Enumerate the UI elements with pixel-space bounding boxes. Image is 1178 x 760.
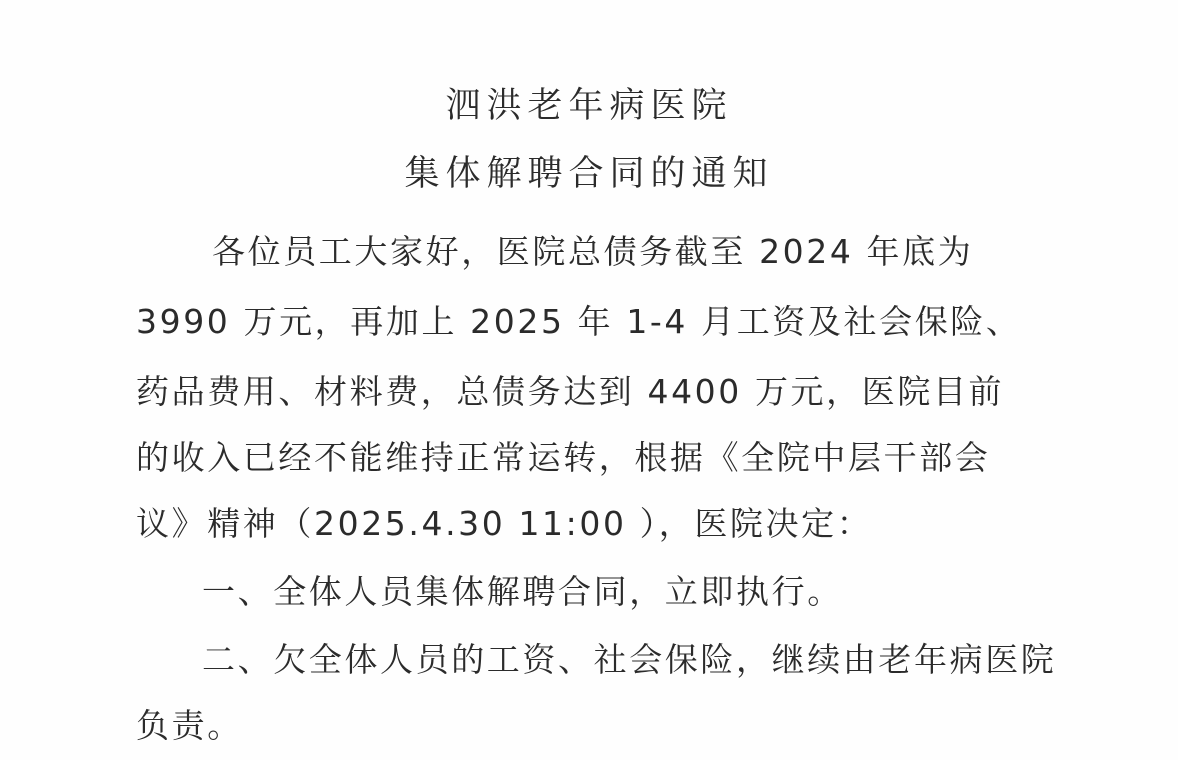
decision-item-2-continued: 负责。 <box>136 700 243 747</box>
decision-item-1: 一、全体人员集体解聘合同，立即执行。 <box>202 566 843 613</box>
body-line-2: 3990 万元，再加上 2025 年 1-4 月工资及社会保险、 <box>136 296 1022 343</box>
body-line-1: 各位员工大家好，医院总债务截至 2024 年底为 <box>212 226 973 273</box>
notice-title: 集体解聘合同的通知 <box>0 146 1178 196</box>
decision-item-2: 二、欠全体人员的工资、社会保险，继续由老年病医院 <box>202 634 1056 681</box>
body-line-5: 议》精神（2025.4.30 11:00 ），医院决定： <box>136 498 872 545</box>
body-line-3: 药品费用、材料费，总债务达到 4400 万元，医院目前 <box>136 366 1004 413</box>
document-page: 泗洪老年病医院 集体解聘合同的通知 各位员工大家好，医院总债务截至 2024 年… <box>0 0 1178 760</box>
body-line-4: 的收入已经不能维持正常运转，根据《全院中层干部会 <box>136 432 990 479</box>
hospital-name-title: 泗洪老年病医院 <box>0 78 1178 128</box>
